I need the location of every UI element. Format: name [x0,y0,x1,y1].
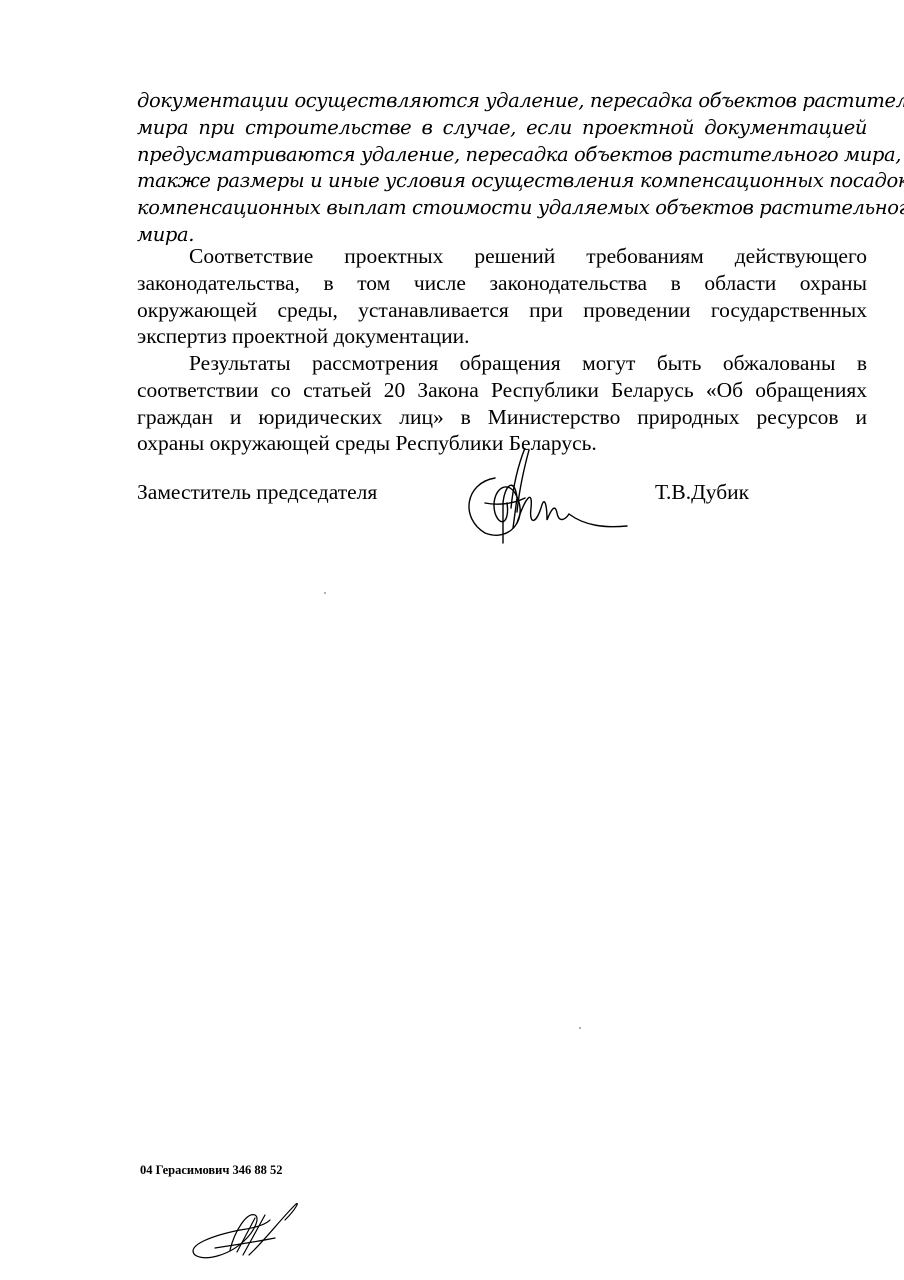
scan-speck [579,1027,581,1029]
initials-signature-icon [185,1200,305,1270]
handwritten-signature-icon [455,448,635,558]
text-line: Результаты рассмотрения обращения могут … [137,350,867,377]
signatory-title: Заместитель председателя [137,480,377,505]
text-line: окружающей среды, устанавливается при пр… [137,297,867,324]
italic-paragraph: документации осуществляются удаление, пе… [137,88,867,249]
text-line: компенсационных выплат стоимости удаляем… [137,195,867,222]
text-line: экспертиз проектной документации. [137,323,867,350]
text-line: граждан и юридических лиц» в Министерств… [137,404,867,431]
text-line: законодательства, в том числе законодате… [137,270,867,297]
scan-speck [324,592,326,594]
text-line: документации осуществляются удаление, пе… [137,88,867,115]
text-line: соответствии со статьей 20 Закона Респуб… [137,377,867,404]
contact-line: 04 Герасимович 346 88 52 [140,1163,283,1178]
text-line: мира при строительстве в случае, если пр… [137,115,867,142]
text-line: предусматриваются удаление, пересадка об… [137,142,867,169]
text-line: также размеры и иные условия осуществлен… [137,168,867,195]
signatory-name: Т.В.Дубик [655,480,749,505]
compliance-paragraph: Соответствие проектных решений требовани… [137,243,867,350]
document-page: документации осуществляются удаление, пе… [0,0,904,1280]
text-line: Соответствие проектных решений требовани… [137,243,867,270]
appeal-paragraph: Результаты рассмотрения обращения могут … [137,350,867,457]
